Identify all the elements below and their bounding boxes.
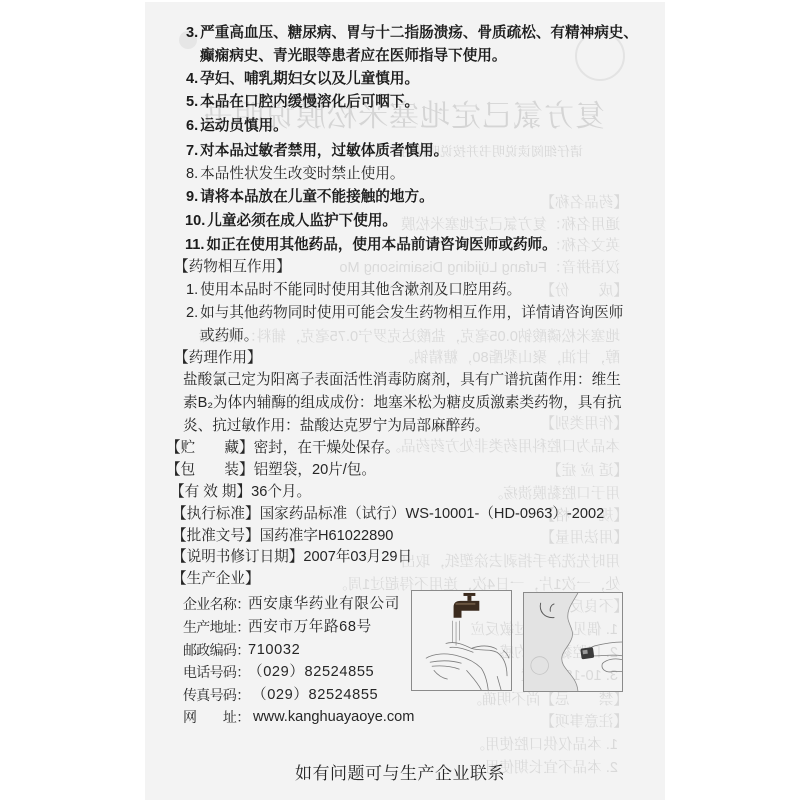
field-approval-number: 【批准文号】国药准字H61022890 xyxy=(172,525,393,547)
wash-hands-illustration xyxy=(411,590,512,691)
manufacturer-value-website: www.kanghuayaoye.com xyxy=(253,706,414,728)
item-number: 6. xyxy=(186,118,198,134)
field-value: 36个月。 xyxy=(251,484,311,500)
footer-note: 如有问题可与生产企业联系 xyxy=(0,763,800,785)
pharmacology-line: 炎、抗过敏作用：盐酸达克罗宁为局部麻醉药。 xyxy=(183,415,489,437)
manufacturer-value-address: 西安市万年路68号 xyxy=(248,616,372,638)
manufacturer-value-fax: （029）82524855 xyxy=(252,684,378,706)
precaution-item: 5.本品在口腔内缓慢溶化后可咽下。 xyxy=(186,91,419,113)
field-value: 国药准字H61022890 xyxy=(260,528,394,544)
item-text: 儿童必须在成人监护下使用。 xyxy=(207,213,397,229)
manufacturer-label-address: 生产地址： xyxy=(183,616,250,638)
manufacturer-label-website: 网 址： xyxy=(183,706,250,728)
apply-film-icon xyxy=(524,593,622,691)
manufacturer-label-name: 企业名称： xyxy=(183,593,250,615)
field-label: 【执行标准】 xyxy=(172,506,260,522)
item-number: 9. xyxy=(186,189,198,205)
interaction-item: 2.如与其他药物同时使用可能会发生药物相互作用，详情请咨询医师 xyxy=(186,302,623,324)
precaution-item: 6.运动员慎用。 xyxy=(186,115,288,137)
precaution-item: 7.对本品过敏者禁用，过敏体质者慎用。 xyxy=(186,140,448,162)
field-label: 【批准文号】 xyxy=(172,528,260,544)
precaution-item: 3.严重高血压、糖尿病、胃与十二指肠溃疡、骨质疏松、有精神病史、 xyxy=(186,22,638,44)
item-text: 本品在口腔内缓慢溶化后可咽下。 xyxy=(200,94,419,110)
manufacturer-value-postcode: 710032 xyxy=(248,639,300,661)
interaction-item-continued: 或药师。 xyxy=(200,325,258,347)
field-label: 【有 效 期】 xyxy=(170,484,251,500)
manufacturer-label-fax: 传真号码： xyxy=(183,684,250,706)
item-text: 癫痫病史、青光眼等患者应在医师指导下使用。 xyxy=(200,48,506,64)
apply-film-illustration xyxy=(523,592,623,692)
precaution-item: 11.如正在使用其他药品，使用本品前请咨询医师或药师。 xyxy=(185,234,557,256)
item-number: 1. xyxy=(186,282,198,298)
item-number: 2. xyxy=(186,305,198,321)
field-value: 2007年03月29日 xyxy=(303,549,412,565)
item-number: 4. xyxy=(186,71,198,87)
item-text: 使用本品时不能同时使用其他含漱剂及口腔用药。 xyxy=(200,282,521,298)
precaution-item: 10.儿童必须在成人监护下使用。 xyxy=(185,210,397,232)
field-validity: 【有 效 期】36个月。 xyxy=(170,481,311,503)
precaution-item-continued: 癫痫病史、青光眼等患者应在医师指导下使用。 xyxy=(200,45,506,67)
field-label: 【贮 藏】 xyxy=(166,440,254,456)
item-text: 本品性状发生改变时禁止使用。 xyxy=(200,166,404,182)
item-text: 或药师。 xyxy=(200,328,258,344)
field-package: 【包 装】铝塑袋，20片/包。 xyxy=(166,459,376,481)
section-heading-pharmacology: 【药理作用】 xyxy=(174,347,262,369)
manufacturer-label-postcode: 邮政编码： xyxy=(183,639,250,661)
item-text: 如正在使用其他药品，使用本品前请咨询医师或药师。 xyxy=(206,237,556,253)
field-value: 密封，在干燥处保存。 xyxy=(254,440,400,456)
item-number: 10. xyxy=(185,213,205,229)
manufacturer-label-phone: 电话号码： xyxy=(183,661,250,683)
manufacturer-value-phone: （029）82524855 xyxy=(248,661,374,683)
section-heading-manufacturer: 【生产企业】 xyxy=(172,568,260,590)
precaution-item: 8.本品性状发生改变时禁止使用。 xyxy=(186,163,405,185)
item-text: 严重高血压、糖尿病、胃与十二指肠溃疡、骨质疏松、有精神病史、 xyxy=(200,25,638,41)
wash-hands-icon xyxy=(412,591,511,690)
field-revision-date: 【说明书修订日期】2007年03月29日 xyxy=(172,546,412,568)
item-text: 对本品过敏者禁用，过敏体质者慎用。 xyxy=(200,143,448,159)
field-label: 【说明书修订日期】 xyxy=(172,549,303,565)
item-text: 如与其他药物同时使用可能会发生药物相互作用，详情请咨询医师 xyxy=(200,305,623,321)
item-number: 7. xyxy=(186,143,198,159)
item-text: 请将本品放在儿童不能接触的地方。 xyxy=(200,189,434,205)
item-number: 8. xyxy=(186,166,198,182)
field-label: 【包 装】 xyxy=(166,462,254,478)
item-text: 运动员慎用。 xyxy=(200,118,288,134)
item-number: 5. xyxy=(186,94,198,110)
section-heading-drug-interactions: 【药物相互作用】 xyxy=(174,256,291,278)
field-value: 铝塑袋，20片/包。 xyxy=(254,462,376,478)
insert-content: 3.严重高血压、糖尿病、胃与十二指肠溃疡、骨质疏松、有精神病史、 癫痫病史、青光… xyxy=(0,0,800,800)
item-number: 11. xyxy=(185,237,204,253)
field-standard: 【执行标准】国家药品标准（试行）WS-10001-（HD-0963）-2002 xyxy=(172,503,604,525)
interaction-item: 1.使用本品时不能同时使用其他含漱剂及口腔用药。 xyxy=(186,279,521,301)
precaution-item: 9.请将本品放在儿童不能接触的地方。 xyxy=(186,186,434,208)
manufacturer-value-name: 西安康华药业有限公司 xyxy=(248,593,400,615)
item-number: 3. xyxy=(186,25,198,41)
item-text: 孕妇、哺乳期妇女以及儿童慎用。 xyxy=(200,71,419,87)
pharmacology-line: 素B₂为体内辅酶的组成成份：地塞米松为糖皮质激素类药物，具有抗 xyxy=(183,392,622,414)
precaution-item: 4.孕妇、哺乳期妇女以及儿童慎用。 xyxy=(186,68,419,90)
field-storage: 【贮 藏】密封，在干燥处保存。 xyxy=(166,437,400,459)
field-value: 国家药品标准（试行）WS-10001-（HD-0963）-2002 xyxy=(260,506,605,522)
pharmacology-line: 盐酸氯己定为阳离子表面活性消毒防腐剂，具有广谱抗菌作用：维生 xyxy=(183,369,621,391)
